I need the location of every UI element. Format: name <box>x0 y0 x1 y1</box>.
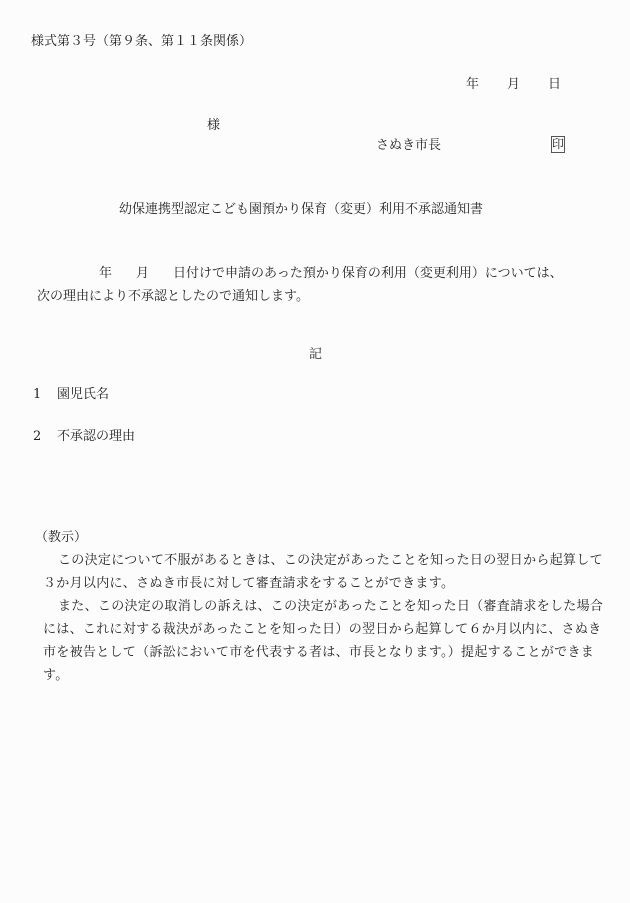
year-label: 年 <box>466 76 479 93</box>
notice-heading: （教示） <box>35 529 87 546</box>
day-label: 日 <box>548 76 561 93</box>
seal-mark: 印 <box>552 137 564 152</box>
notice-body: この決定について不服があるときは、この決定があったことを知った日の翌日から起算し… <box>43 549 605 687</box>
addressee-suffix: 様 <box>207 117 220 134</box>
intro-line-2: 次の理由により不承認としたので通知します。 <box>31 285 601 308</box>
notice-paragraph-lawsuit: また、この決定の取消しの訴えは、この決定があったことを知った日（審査請求をした場… <box>43 595 605 687</box>
form-number: 様式第３号（第９条、第１１条関係） <box>31 33 252 50</box>
item-number: 2 <box>33 428 57 445</box>
issuer-name: さぬき市長 <box>376 137 441 154</box>
notice-paragraph-appeal: この決定について不服があるときは、この決定があったことを知った日の翌日から起算し… <box>43 549 605 595</box>
month-label: 月 <box>507 76 520 93</box>
item-child-name: 1園児氏名 <box>33 386 109 403</box>
intro-line-1: 年月日付けで申請のあった預かり保育の利用（変更利用）については、 <box>31 262 601 285</box>
intro-line-1-rest: 日付けで申請のあった預かり保育の利用（変更利用）については、 <box>173 266 563 281</box>
intro-year-label: 年 <box>99 266 112 281</box>
date-line: 年月日 <box>466 76 561 93</box>
item-number: 1 <box>33 386 57 403</box>
item-label: 園児氏名 <box>57 387 109 402</box>
intro-month-label: 月 <box>136 266 149 281</box>
item-rejection-reason: 2不承認の理由 <box>33 428 135 445</box>
seal-stamp: 印 <box>551 136 565 153</box>
document-title: 幼保連携型認定こども園預かり保育（変更）利用不承認通知書 <box>119 201 483 218</box>
item-label: 不承認の理由 <box>57 429 135 444</box>
ki-heading: 記 <box>309 346 322 363</box>
intro-paragraph: 年月日付けで申請のあった預かり保育の利用（変更利用）については、 次の理由により… <box>31 262 601 308</box>
